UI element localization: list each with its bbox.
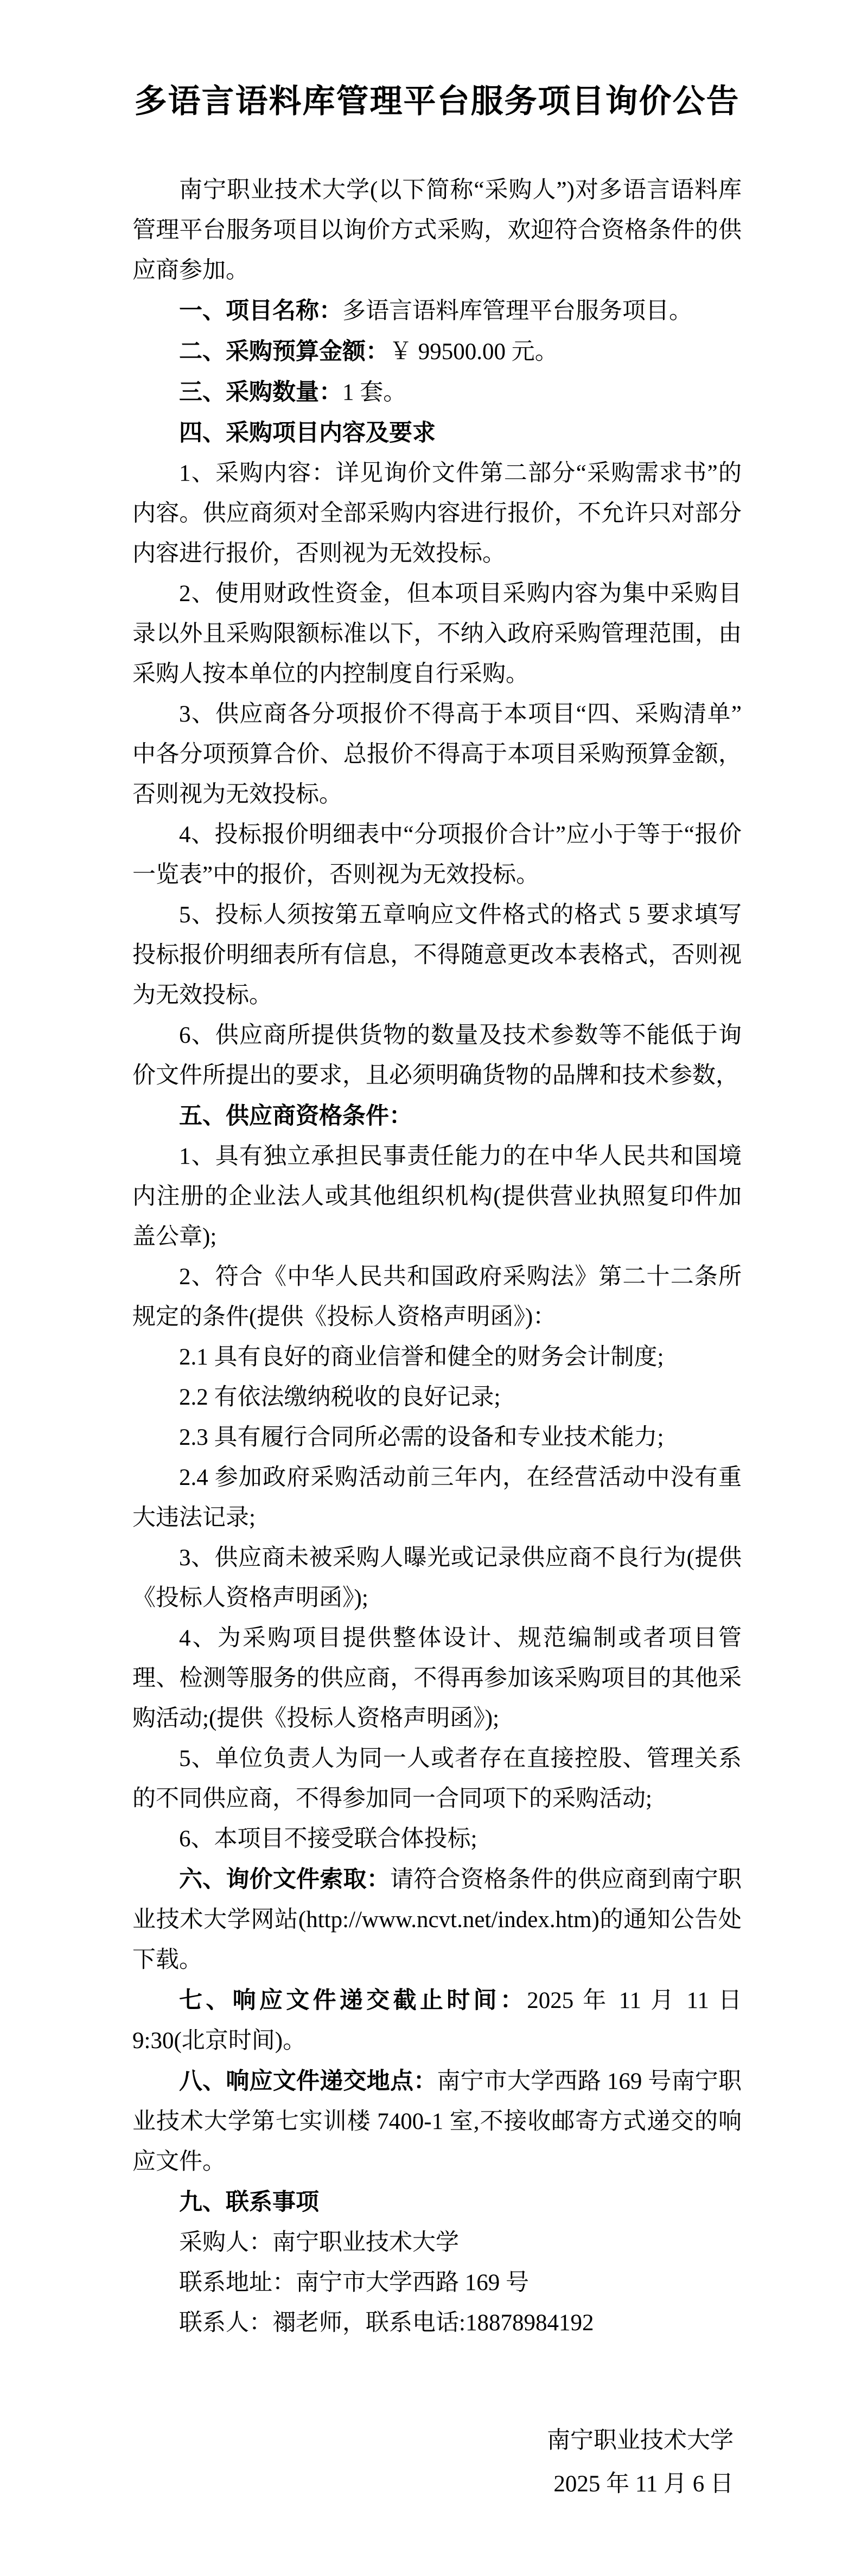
section-5-item-2-4: 2.4 参加政府采购活动前三年内，在经营活动中没有重大违法记录;: [132, 1458, 742, 1538]
section-8-label: 八、响应文件递交地点：: [179, 2068, 437, 2094]
page-title: 多语言语料库管理平台服务项目询价公告: [132, 0, 742, 124]
section-5-label: 五、供应商资格条件：: [179, 1103, 412, 1129]
signature-date: 2025 年 11 月 6 日: [132, 2463, 734, 2506]
section-7-heading: 七、响应文件递交截止时间：2025 年 11 月 11 日 9:30(北京时间)…: [132, 1980, 742, 2061]
section-2-label: 二、采购预算金额：: [179, 339, 389, 365]
section-5-heading: 五、供应商资格条件：: [132, 1096, 742, 1137]
section-9-label: 九、联系事项: [179, 2189, 319, 2215]
section-5-item-4: 4、为采购项目提供整体设计、规范编制或者项目管理、检测等服务的供应商，不得再参加…: [132, 1618, 742, 1739]
section-4-item-3: 3、供应商各分项报价不得高于本项目“四、采购清单”中各分项预算合价、总报价不得高…: [132, 694, 742, 815]
section-2-heading: 二、采购预算金额：￥ 99500.00 元。: [132, 331, 742, 372]
document-content: 多语言语料库管理平台服务项目询价公告 南宁职业技术大学(以下简称“采购人”)对多…: [0, 0, 861, 2506]
section-5-item-2-3: 2.3 具有履行合同所必需的设备和专业技术能力;: [132, 1418, 742, 1458]
section-5-item-6: 6、本项目不接受联合体投标;: [132, 1819, 742, 1859]
document-page: 多语言语料库管理平台服务项目询价公告 南宁职业技术大学(以下简称“采购人”)对多…: [0, 0, 861, 2576]
section-4-item-4: 4、投标报价明细表中“分项报价合计”应小于等于“报价一览表”中的报价，否则视为无…: [132, 815, 742, 895]
section-9-heading: 九、联系事项: [132, 2182, 742, 2223]
contact-address: 联系地址：南宁市大学西路 169 号: [132, 2263, 742, 2303]
section-2-text: ￥ 99500.00 元。: [389, 339, 558, 365]
section-3-text: 1 套。: [342, 380, 406, 405]
section-5-item-3: 3、供应商未被采购人曝光或记录供应商不良行为(提供《投标人资格声明函》);: [132, 1538, 742, 1618]
section-8-heading: 八、响应文件递交地点：南宁市大学西路 169 号南宁职业技术大学第七实训楼 74…: [132, 2061, 742, 2182]
section-4-label: 四、采购项目内容及要求: [179, 420, 436, 446]
section-4-item-6: 6、供应商所提供货物的数量及技术参数等不能低于询价文件所提出的要求，且必须明确货…: [132, 1016, 742, 1096]
contact-buyer: 采购人：南宁职业技术大学: [132, 2223, 742, 2263]
section-4-item-1: 1、采购内容：详见询价文件第二部分“采购需求书”的内容。供应商须对全部采购内容进…: [132, 454, 742, 574]
intro-paragraph: 南宁职业技术大学(以下简称“采购人”)对多语言语料库管理平台服务项目以询价方式采…: [132, 170, 742, 291]
section-5-item-2-1: 2.1 具有良好的商业信誉和健全的财务会计制度;: [132, 1337, 742, 1378]
contact-person: 联系人：禤老师，联系电话:18878984192: [132, 2303, 742, 2343]
section-3-label: 三、采购数量：: [179, 379, 342, 405]
section-6-label: 六、询价文件索取：: [179, 1866, 390, 1892]
section-4-item-5: 5、投标人须按第五章响应文件格式的格式 5 要求填写投标报价明细表所有信息，不得…: [132, 895, 742, 1016]
section-1-text: 多语言语料库管理平台服务项目。: [342, 298, 692, 324]
signature-org: 南宁职业技术大学: [132, 2419, 734, 2463]
section-5-item-2-2: 2.2 有依法缴纳税收的良好记录;: [132, 1378, 742, 1418]
section-3-heading: 三、采购数量：1 套。: [132, 372, 742, 413]
section-4-heading: 四、采购项目内容及要求: [132, 413, 742, 454]
section-6-heading: 六、询价文件索取：请符合资格条件的供应商到南宁职业技术大学网站(http://w…: [132, 1859, 742, 1980]
section-1-heading: 一、项目名称：多语言语料库管理平台服务项目。: [132, 291, 742, 331]
section-5-item-5: 5、单位负责人为同一人或者存在直接控股、管理关系的不同供应商，不得参加同一合同项…: [132, 1739, 742, 1819]
section-5-item-1: 1、具有独立承担民事责任能力的在中华人民共和国境内注册的企业法人或其他组织机构(…: [132, 1137, 742, 1257]
section-1-label: 一、项目名称：: [179, 298, 342, 324]
section-7-label: 七、响应文件递交截止时间：: [179, 1987, 527, 2013]
section-5-item-2: 2、符合《中华人民共和国政府采购法》第二十二条所规定的条件(提供《投标人资格声明…: [132, 1257, 742, 1337]
section-4-item-2: 2、使用财政性资金，但本项目采购内容为集中采购目录以外且采购限额标准以下，不纳入…: [132, 574, 742, 694]
signature-block: 南宁职业技术大学 2025 年 11 月 6 日: [132, 2419, 742, 2506]
